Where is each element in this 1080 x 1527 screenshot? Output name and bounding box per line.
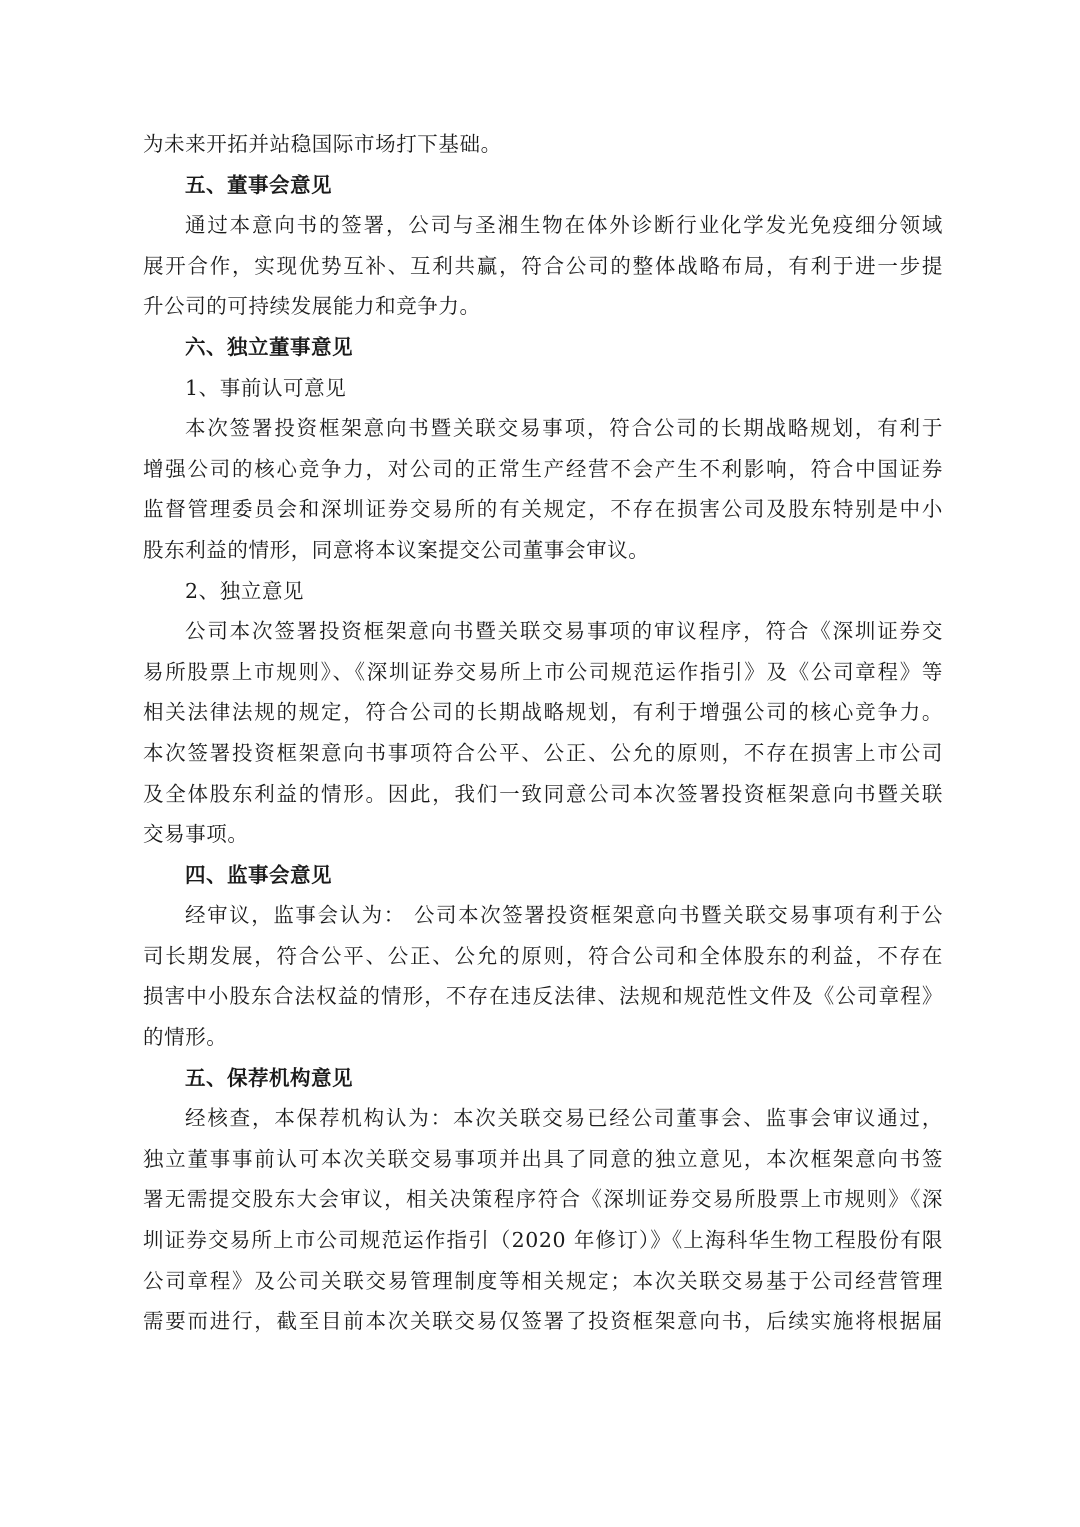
subsection-prior-approval: 1、事前认可意见 本次签署投资框架意向书暨关联交易事项，符合公司的长期战略规划，… (143, 368, 943, 571)
section-paragraph: 通过本意向书的签署，公司与圣湘生物在体外诊断行业化学发光免疫细分领域 展开合作，… (143, 205, 943, 327)
paragraph-line: 本次签署投资框架意向书暨关联交易事项，符合公司的长期战略规划，有利于 (143, 408, 943, 449)
section-heading: 五、董事会意见 (143, 165, 943, 206)
paragraph-line: 监督管理委员会和深圳证券交易所的有关规定，不存在损害公司及股东特别是中小 (143, 489, 943, 530)
subsection-independent-opinion: 2、独立意见 公司本次签署投资框架意向书暨关联交易事项的审议程序，符合《深圳证券… (143, 571, 943, 855)
section-heading: 四、监事会意见 (143, 855, 943, 896)
paragraph-line: 本次签署投资框架意向书事项符合公平、公正、公允的原则，不存在损害上市公司 (143, 733, 943, 774)
paragraph-line: 公司章程》及公司关联交易管理制度等相关规定；本次关联交易基于公司经营管理 (143, 1261, 943, 1302)
paragraph-line: 的情形。 (143, 1017, 943, 1058)
paragraph-line: 升公司的可持续发展能力和竞争力。 (143, 286, 943, 327)
paragraph-line: 司长期发展，符合公平、公正、公允的原则，符合公司和全体股东的利益，不存在 (143, 936, 943, 977)
paragraph-line: 及全体股东利益的情形。因此，我们一致同意公司本次签署投资框架意向书暨关联 (143, 774, 943, 815)
paragraph-line: 股东利益的情形，同意将本议案提交公司董事会审议。 (143, 530, 943, 571)
paragraph-line: 圳证券交易所上市公司规范运作指引（2020 年修订）》《上海科华生物工程股份有限 (143, 1220, 943, 1261)
paragraph-line: 独立董事事前认可本次关联交易事项并出具了同意的独立意见，本次框架意向书签 (143, 1139, 943, 1180)
paragraph-line: 为未来开拓并站稳国际市场打下基础。 (143, 124, 943, 165)
paragraph-line: 公司本次签署投资框架意向书暨关联交易事项的审议程序，符合《深圳证券交 (143, 611, 943, 652)
paragraph-line: 署无需提交股东大会审议，相关决策程序符合《深圳证券交易所股票上市规则》《深 (143, 1179, 943, 1220)
paragraph-line: 经审议，监事会认为： 公司本次签署投资框架意向书暨关联交易事项有利于公 (143, 895, 943, 936)
section-heading: 六、独立董事意见 (143, 327, 943, 368)
subsection-title: 2、独立意见 (143, 571, 943, 612)
paragraph-line: 相关法律法规的规定，符合公司的长期战略规划，有利于增强公司的核心竞争力。 (143, 692, 943, 733)
intro-paragraph: 为未来开拓并站稳国际市场打下基础。 (143, 124, 943, 165)
section-paragraph: 经审议，监事会认为： 公司本次签署投资框架意向书暨关联交易事项有利于公 司长期发… (143, 895, 943, 1057)
paragraph-line: 展开合作，实现优势互补、互利共赢，符合公司的整体战略布局，有利于进一步提 (143, 246, 943, 287)
paragraph-line: 增强公司的核心竞争力，对公司的正常生产经营不会产生不利影响，符合中国证券 (143, 449, 943, 490)
paragraph-line: 通过本意向书的签署，公司与圣湘生物在体外诊断行业化学发光免疫细分领域 (143, 205, 943, 246)
paragraph-line: 经核查，本保荐机构认为：本次关联交易已经公司董事会、监事会审议通过， (143, 1098, 943, 1139)
paragraph-line: 损害中小股东合法权益的情形，不存在违反法律、法规和规范性文件及《公司章程》 (143, 976, 943, 1017)
document-page: 为未来开拓并站稳国际市场打下基础。 五、董事会意见 通过本意向书的签署，公司与圣… (143, 124, 943, 1342)
section-board-opinion: 五、董事会意见 通过本意向书的签署，公司与圣湘生物在体外诊断行业化学发光免疫细分… (143, 165, 943, 327)
section-sponsor-opinion: 五、保荐机构意见 经核查，本保荐机构认为：本次关联交易已经公司董事会、监事会审议… (143, 1058, 943, 1342)
section-supervisory-board-opinion: 四、监事会意见 经审议，监事会认为： 公司本次签署投资框架意向书暨关联交易事项有… (143, 855, 943, 1058)
section-heading: 五、保荐机构意见 (143, 1058, 943, 1099)
paragraph-line: 交易事项。 (143, 814, 943, 855)
paragraph-line: 需要而进行，截至目前本次关联交易仅签署了投资框架意向书，后续实施将根据届 (143, 1301, 943, 1342)
paragraph-line: 易所股票上市规则》、《深圳证券交易所上市公司规范运作指引》及《公司章程》等 (143, 652, 943, 693)
subsection-title: 1、事前认可意见 (143, 368, 943, 409)
section-paragraph: 经核查，本保荐机构认为：本次关联交易已经公司董事会、监事会审议通过， 独立董事事… (143, 1098, 943, 1342)
section-independent-director-opinion: 六、独立董事意见 1、事前认可意见 本次签署投资框架意向书暨关联交易事项，符合公… (143, 327, 943, 855)
